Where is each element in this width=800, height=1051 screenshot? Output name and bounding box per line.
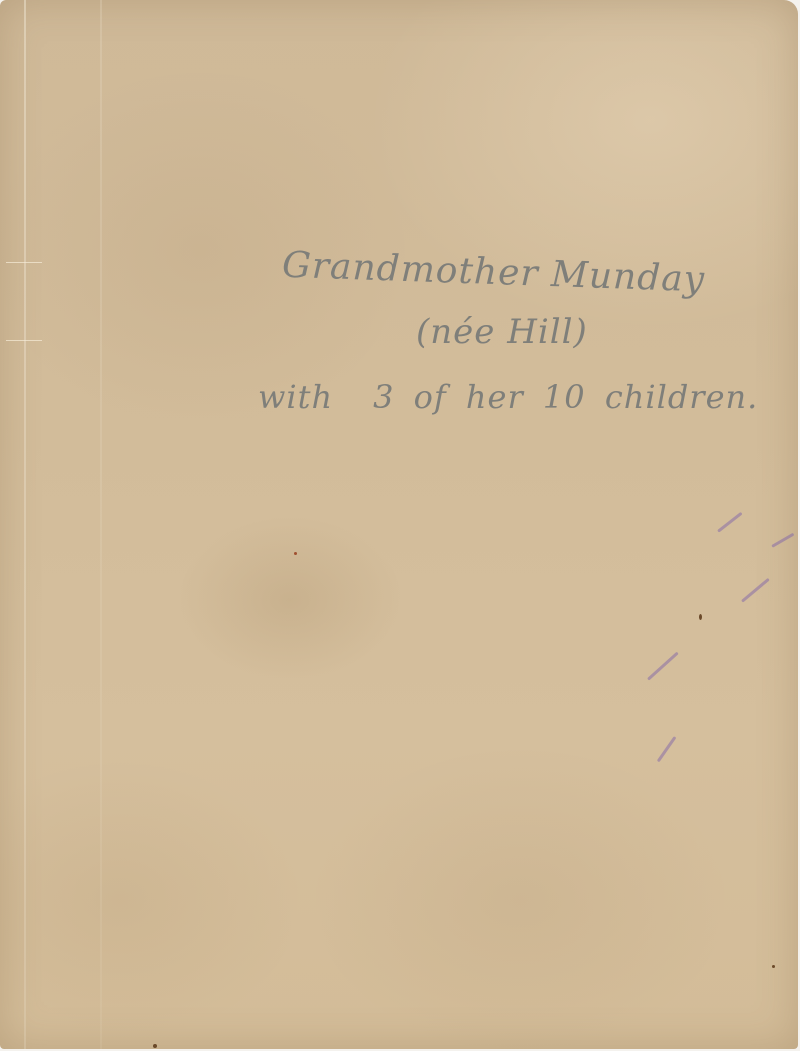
ink-stain: [771, 533, 794, 548]
ink-stain: [657, 736, 677, 762]
speck: [699, 614, 702, 620]
speck: [153, 1044, 157, 1048]
inscription-line-2: (née Hill): [416, 312, 588, 352]
ink-stain: [647, 652, 679, 681]
fold-crease: [100, 0, 102, 1049]
inscription-line-1: Grandmother Munday: [281, 245, 705, 301]
ink-stain: [717, 512, 742, 533]
ink-stain: [741, 578, 770, 603]
inscription-line-3: with3 of her 10 children.: [258, 378, 758, 416]
edge-tear: [6, 262, 42, 263]
speck: [772, 965, 775, 968]
photo-card-back: Grandmother Munday (née Hill) with3 of h…: [0, 0, 798, 1049]
fold-crease: [24, 0, 26, 1049]
inscription-word-with: with: [258, 378, 333, 416]
edge-tear: [6, 340, 42, 341]
inscription-children: 3 of her 10 children.: [373, 378, 758, 416]
speck: [294, 552, 297, 555]
